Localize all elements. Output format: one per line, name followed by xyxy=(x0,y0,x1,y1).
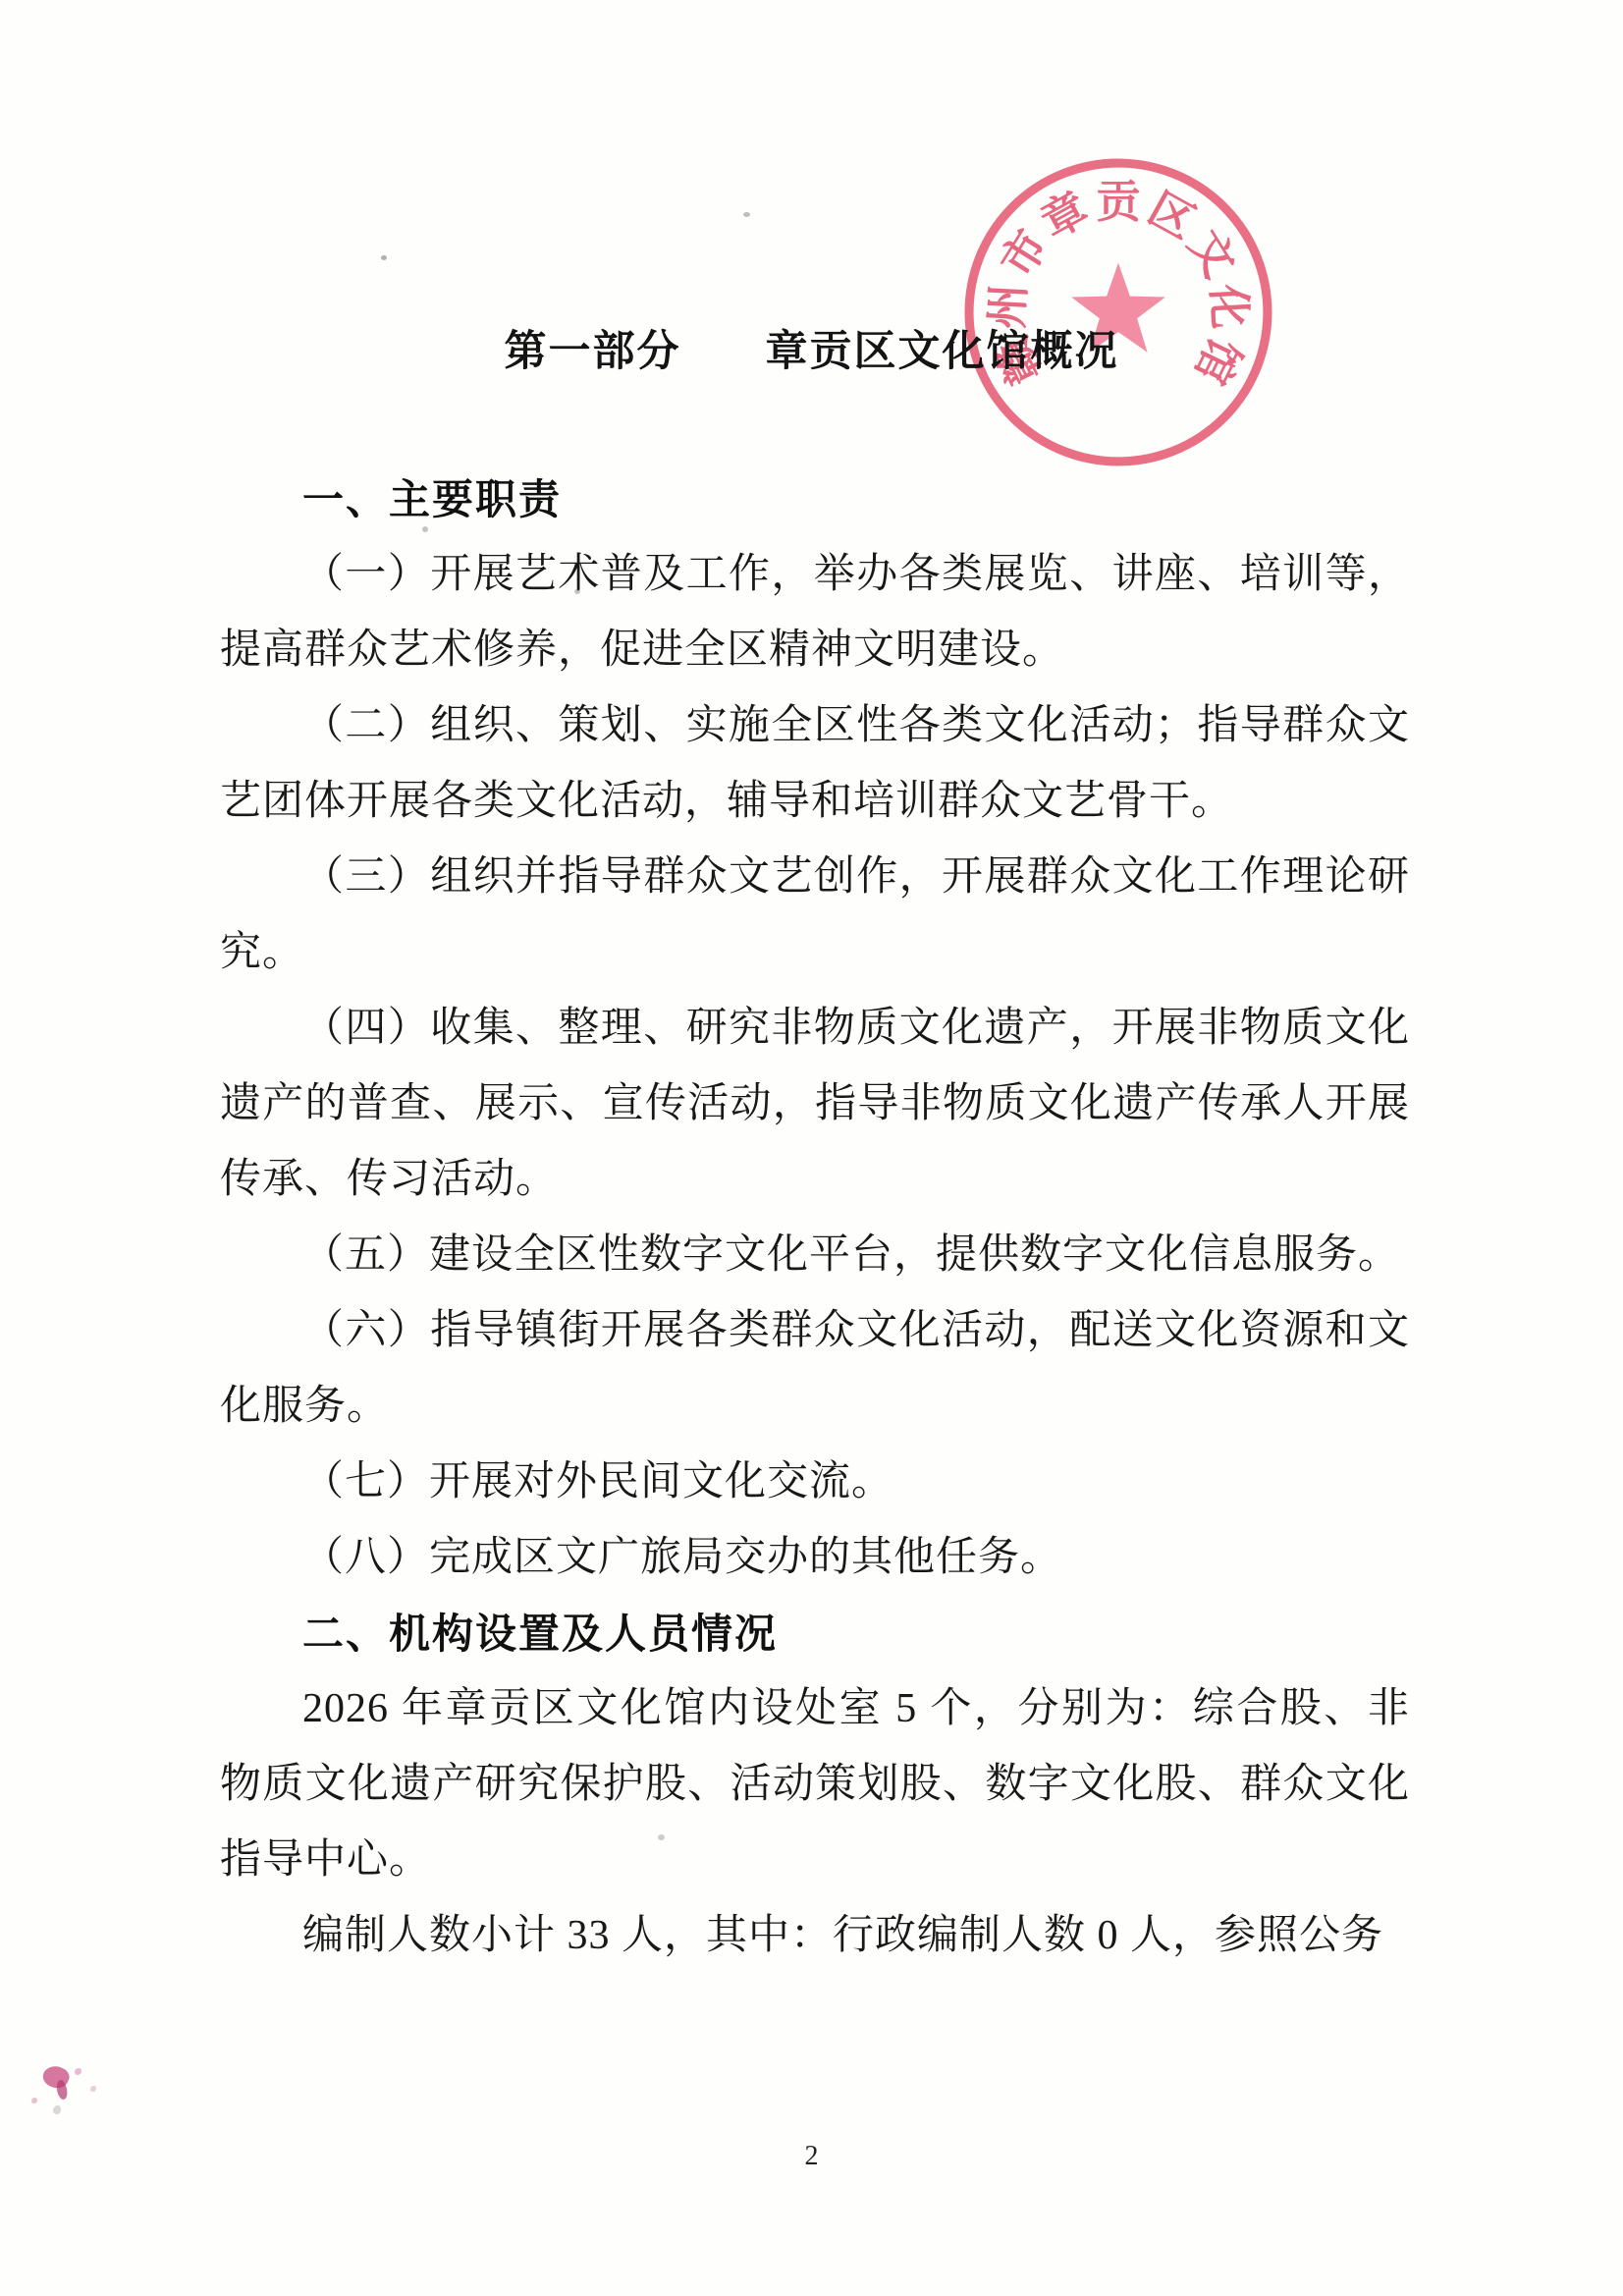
section-1-paragraph-7: （七）开展对外民间文化交流。 xyxy=(220,1445,1410,1520)
scan-speck xyxy=(422,526,428,532)
section-1-paragraph-5: （五）建设全区性数字文化平台，提供数字文化信息服务。 xyxy=(220,1218,1410,1293)
section-1-paragraph-8: （八）完成区文广旅局交办的其他任务。 xyxy=(220,1520,1410,1596)
ink-smudge xyxy=(14,2058,122,2137)
scan-speck xyxy=(658,1834,665,1840)
document-page: 赣 州 市 章 贡 区 文 化 馆 第一部分章贡区文化馆概况 一、主要职责 （一… xyxy=(0,0,1623,2296)
document-body: 一、主要职责 （一）开展艺术普及工作，举办各类展览、讲座、培训等，提高群众艺术修… xyxy=(220,462,1410,1974)
section-2-paragraph-1: 2026 年章贡区文化馆内设处室 5 个，分别为：综合股、非物质文化遗产研究保护… xyxy=(220,1671,1410,1898)
scan-speck xyxy=(743,212,750,217)
section-1-paragraph-2: （二）组织、策划、实施全区性各类文化活动；指导群众文艺团体开展各类文化活动，辅导… xyxy=(220,688,1410,840)
document-title: 第一部分章贡区文化馆概况 xyxy=(0,318,1623,378)
section-2-paragraph-2: 编制人数小计 33 人，其中：行政编制人数 0 人，参照公务 xyxy=(220,1898,1410,1974)
section-1-paragraph-3: （三）组织并指导群众文艺创作，开展群众文化工作理论研究。 xyxy=(220,840,1410,991)
seal-char: 文 xyxy=(1179,222,1245,286)
official-seal: 赣 州 市 章 贡 区 文 化 馆 xyxy=(962,156,1278,472)
seal-char: 贡 xyxy=(1096,177,1143,227)
title-part-label: 第一部分 xyxy=(505,328,681,375)
title-name-label: 章贡区文化馆概况 xyxy=(766,328,1119,375)
section-1-paragraph-1: （一）开展艺术普及工作，举办各类展览、讲座、培训等，提高群众艺术修养，促进全区精… xyxy=(220,537,1410,688)
section-1-paragraph-4: （四）收集、整理、研究非物质文化遗产，开展非物质文化遗产的普查、展示、宣传活动，… xyxy=(220,991,1410,1218)
seal-char: 章 xyxy=(1033,183,1096,248)
page-number: 2 xyxy=(0,2141,1623,2172)
section-1-heading: 一、主要职责 xyxy=(220,462,1410,537)
scan-speck xyxy=(381,255,387,260)
section-1-paragraph-6: （六）指导镇街开展各类群众文化活动，配送文化资源和文化服务。 xyxy=(220,1293,1410,1445)
section-2-heading: 二、机构设置及人员情况 xyxy=(220,1596,1410,1671)
scan-speck xyxy=(574,589,580,594)
